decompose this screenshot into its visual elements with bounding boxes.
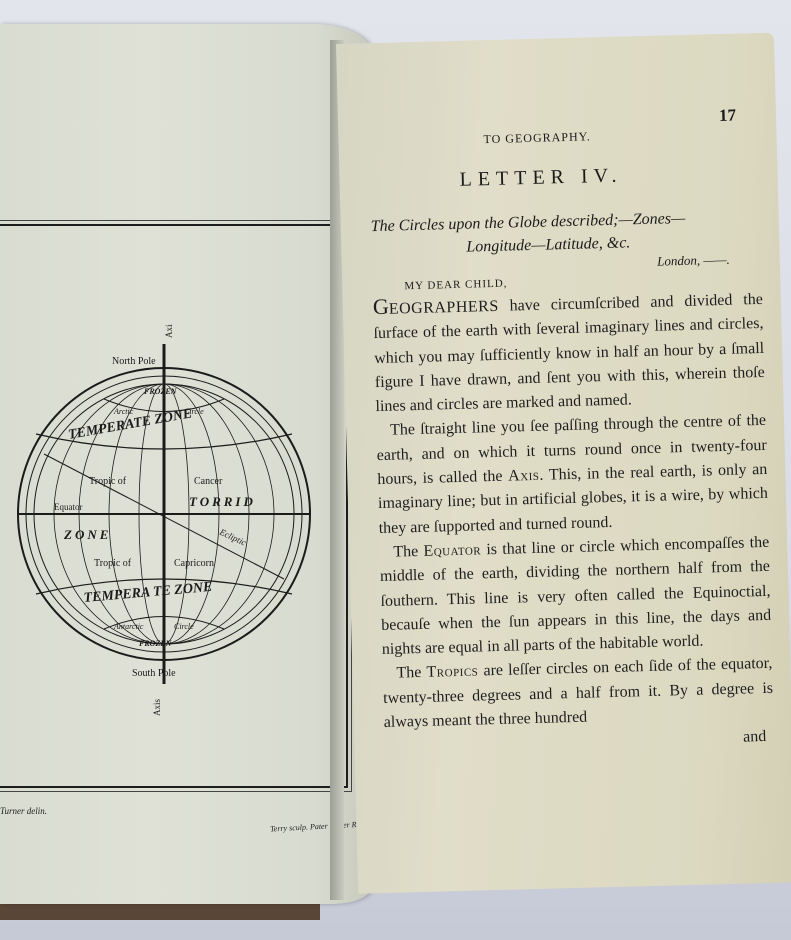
paragraph-2: The ſtraight line you ſee paſſing throug… bbox=[376, 409, 769, 541]
svg-text:Tropic of: Tropic of bbox=[89, 476, 127, 487]
letter-body: GEOGRAPHERS have circumſcribed and divid… bbox=[373, 285, 775, 760]
paragraph-4: The Tropics are leſſer circles on each ſ… bbox=[382, 652, 774, 735]
letter-title: LETTER IV. bbox=[459, 165, 622, 192]
svg-text:FROZEN: FROZEN bbox=[143, 387, 178, 396]
publisher-credit: Terry sculp. Pater noster Row bbox=[270, 819, 366, 833]
running-head: TO GEOGRAPHY. bbox=[483, 129, 591, 147]
dateline: London, ——. bbox=[657, 252, 730, 270]
svg-text:South Pole: South Pole bbox=[132, 668, 176, 679]
left-page-plate: Axis North Pole FROZEN Arctic Circle TEM… bbox=[0, 24, 372, 904]
svg-text:Cancer: Cancer bbox=[194, 476, 223, 487]
paragraph-1: GEOGRAPHERS have circumſcribed and divid… bbox=[373, 285, 766, 420]
svg-text:Arctic: Arctic bbox=[113, 407, 134, 416]
svg-text:TORRID: TORRID bbox=[189, 494, 256, 509]
svg-text:Tropic of: Tropic of bbox=[94, 558, 132, 569]
svg-text:Antarctic: Antarctic bbox=[113, 622, 144, 631]
svg-text:Capricorn: Capricorn bbox=[174, 558, 214, 569]
svg-text:North Pole: North Pole bbox=[112, 356, 156, 367]
svg-text:Ecliptic: Ecliptic bbox=[217, 526, 248, 547]
axis-top-label: Axis bbox=[164, 324, 174, 338]
svg-text:ZONE: ZONE bbox=[63, 527, 111, 542]
paragraph-3: The Equator is that line or circle which… bbox=[379, 531, 772, 663]
axis-bottom-label: Axis bbox=[152, 699, 162, 717]
letter-subtitle-line2: Longitude—Latitude, &c. bbox=[466, 234, 630, 256]
right-page-text: 17 TO GEOGRAPHY. LETTER IV. The Circles … bbox=[336, 33, 791, 894]
engraver-credit: Turner delin. bbox=[0, 806, 47, 816]
globe-diagram: Axis North Pole FROZEN Arctic Circle TEM… bbox=[14, 324, 314, 724]
svg-text:Circle: Circle bbox=[174, 622, 194, 631]
salutation: MY DEAR CHILD, bbox=[404, 278, 507, 293]
svg-text:Equator: Equator bbox=[54, 502, 83, 512]
svg-text:FROZEN: FROZEN bbox=[138, 639, 173, 648]
page-number: 17 bbox=[719, 106, 737, 126]
letter-subtitle-line1: The Circles upon the Globe described;—Zo… bbox=[371, 210, 686, 236]
svg-text:TEMPERA TE ZONE: TEMPERA TE ZONE bbox=[83, 580, 213, 606]
